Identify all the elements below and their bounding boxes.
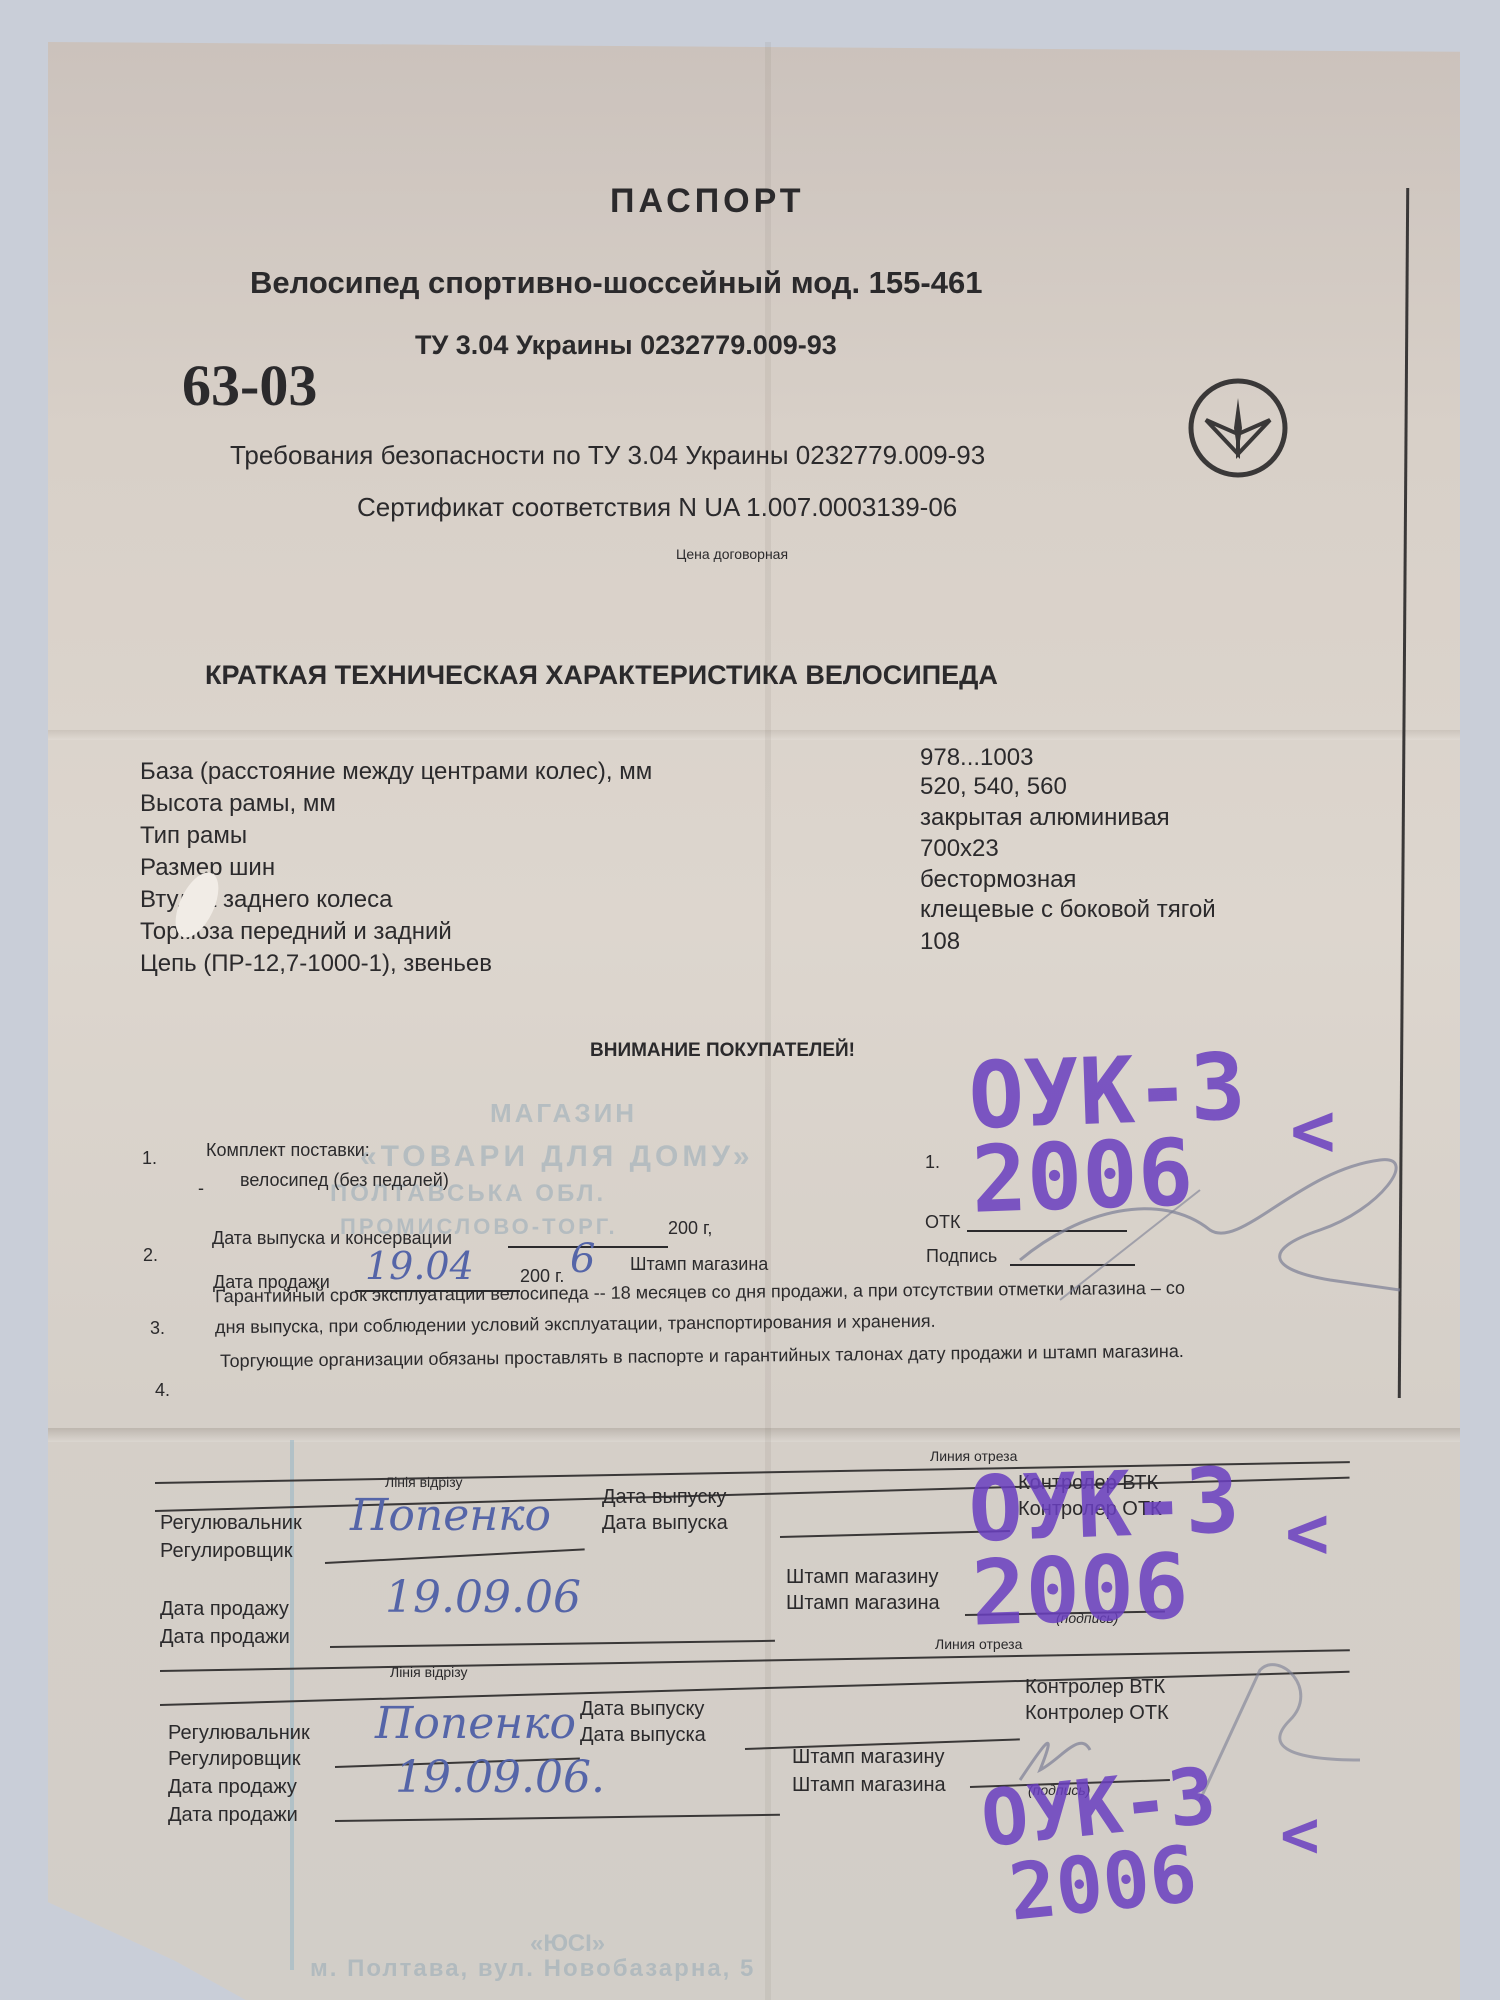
fold-crease-upper xyxy=(48,730,1460,740)
coupon1-adjuster-ua: Регулювальник xyxy=(160,1512,302,1535)
notice-item3-number: 3. xyxy=(150,1318,165,1339)
signature-label: Подпись xyxy=(926,1246,997,1267)
spec-value-brakes: клещевые с боковой тягой xyxy=(920,896,1216,924)
ukraine-conformity-mark-icon xyxy=(1186,376,1290,480)
release-date-year: 200 г, xyxy=(668,1218,712,1239)
notice-item1-sub: велосипед (без педалей) xyxy=(240,1170,449,1191)
spec-label-frame-height: Высота рамы, мм xyxy=(140,790,336,818)
store-stamp-label: Штамп магазина xyxy=(630,1254,768,1275)
spec-value-frame-type: закрытая алюминивая xyxy=(920,804,1170,832)
spec-value-wheelbase: 978...1003 xyxy=(920,744,1033,772)
safety-requirements: Требования безопасности по ТУ 3.04 Украи… xyxy=(230,440,985,471)
lot-number: 63-03 xyxy=(182,352,317,419)
otk-label: ОТК xyxy=(925,1212,960,1233)
notice-item1-text: Комплект поставки: xyxy=(206,1140,370,1161)
store-stamp-address: м. Полтава, вул. Новобазарна, 5 xyxy=(310,1955,755,1983)
notice-item1-right-number: 1. xyxy=(925,1152,940,1173)
coupon2-cut-line-ua: Лінія відрізу xyxy=(390,1664,468,1680)
fold-crease-lower xyxy=(48,1428,1460,1442)
coupon1-release-ru: Дата выпуска xyxy=(602,1512,728,1535)
notice-item2-number: 2. xyxy=(143,1245,158,1266)
coupon2-sale-ua: Дата продажу xyxy=(168,1776,297,1799)
coupon2-release-ru: Дата выпуска xyxy=(580,1724,706,1747)
specs-title: КРАТКАЯ ТЕХНИЧЕСКАЯ ХАРАКТЕРИСТИКА ВЕЛОС… xyxy=(205,660,998,691)
spec-value-frame-height: 520, 540, 560 xyxy=(920,773,1067,801)
store-stamp-line2: «ТОВАРИ ДЛЯ ДОМУ» xyxy=(360,1140,754,1174)
spec-label-frame-type: Тип рамы xyxy=(140,822,247,850)
coupon2-adjuster-ru: Регулировщик xyxy=(168,1748,301,1771)
product-standard: ТУ 3.04 Украины 0232779.009-93 xyxy=(415,330,837,361)
coupon2-store-ua: Штамп магазину xyxy=(792,1746,945,1769)
notice-item4-number: 4. xyxy=(155,1380,170,1401)
spec-value-tire-size: 700x23 xyxy=(920,835,999,863)
coupon2-release-ua: Дата выпуску xyxy=(580,1698,704,1721)
sale-date-handwritten: 19.04 xyxy=(365,1244,474,1288)
coupon2-store-ru: Штамп магазина xyxy=(792,1774,946,1797)
otk-stamp-coupon1: ОУК-3 2006 xyxy=(967,1459,1244,1636)
spec-value-chain: 108 xyxy=(920,928,960,956)
coupon1-sale-ru: Дата продажи xyxy=(160,1626,290,1649)
product-name: Велосипед спортивно-шоссейный мод. 155-4… xyxy=(250,265,982,301)
otk-stamp-coupon1-line2: 2006 xyxy=(970,1543,1244,1636)
notice-item1-number: 1. xyxy=(142,1148,157,1169)
coupon1-store-ua: Штамп магазину xyxy=(786,1566,939,1589)
spec-value-rear-hub: бестормозная xyxy=(920,866,1076,894)
signature-scribble-top xyxy=(1000,1150,1430,1310)
price-note: Цена договорная xyxy=(676,546,788,562)
coupon1-store-ru: Штамп магазина xyxy=(786,1592,940,1615)
store-stamp-line6: «ЮСІ» xyxy=(530,1930,605,1958)
spec-label-chain: Цепь (ПР-12,7-1000-1), звеньев xyxy=(140,950,492,978)
coupon1-sale-ua: Дата продажу xyxy=(160,1598,289,1621)
notice-title: ВНИМАНИЕ ПОКУПАТЕЛЕЙ! xyxy=(590,1040,855,1062)
coupon1-adjuster-signature: Попенко xyxy=(350,1490,551,1541)
coupon2-sale-ru: Дата продажи xyxy=(168,1804,298,1827)
notice-item1-dash: - xyxy=(198,1178,204,1199)
document-title: ПАСПОРТ xyxy=(610,182,805,221)
coupon1-sale-date-handwritten: 19.09.06 xyxy=(385,1572,581,1623)
coupon1-adjuster-ru: Регулировщик xyxy=(160,1540,293,1563)
coupon2-adjuster-signature: Попенко xyxy=(375,1698,576,1749)
otk-stamp-coupon1-mark: < xyxy=(1285,1490,1330,1576)
certificate-number: Сертификат соответствия N UA 1.007.00031… xyxy=(357,492,957,523)
spec-label-wheelbase: База (расстояние между центрами колес), … xyxy=(140,758,652,786)
coupon1-cut-line-ua: Лінія відрізу xyxy=(385,1474,463,1490)
sale-date-year-handwritten: 6 xyxy=(570,1236,595,1282)
coupon2-adjuster-ua: Регулювальник xyxy=(168,1722,310,1745)
otk-stamp-coupon2: ОУК-3 2006 xyxy=(978,1758,1227,1934)
coupon2-sale-date-handwritten: 19.09.06. xyxy=(395,1752,605,1803)
store-stamp-line1: МАГАЗИН xyxy=(490,1098,637,1129)
coupon1-release-ua: Дата выпуску xyxy=(602,1486,726,1509)
otk-stamp-coupon2-mark: < xyxy=(1280,1796,1320,1873)
otk-stamp-coupon2-line2: 2006 xyxy=(986,1834,1227,1934)
